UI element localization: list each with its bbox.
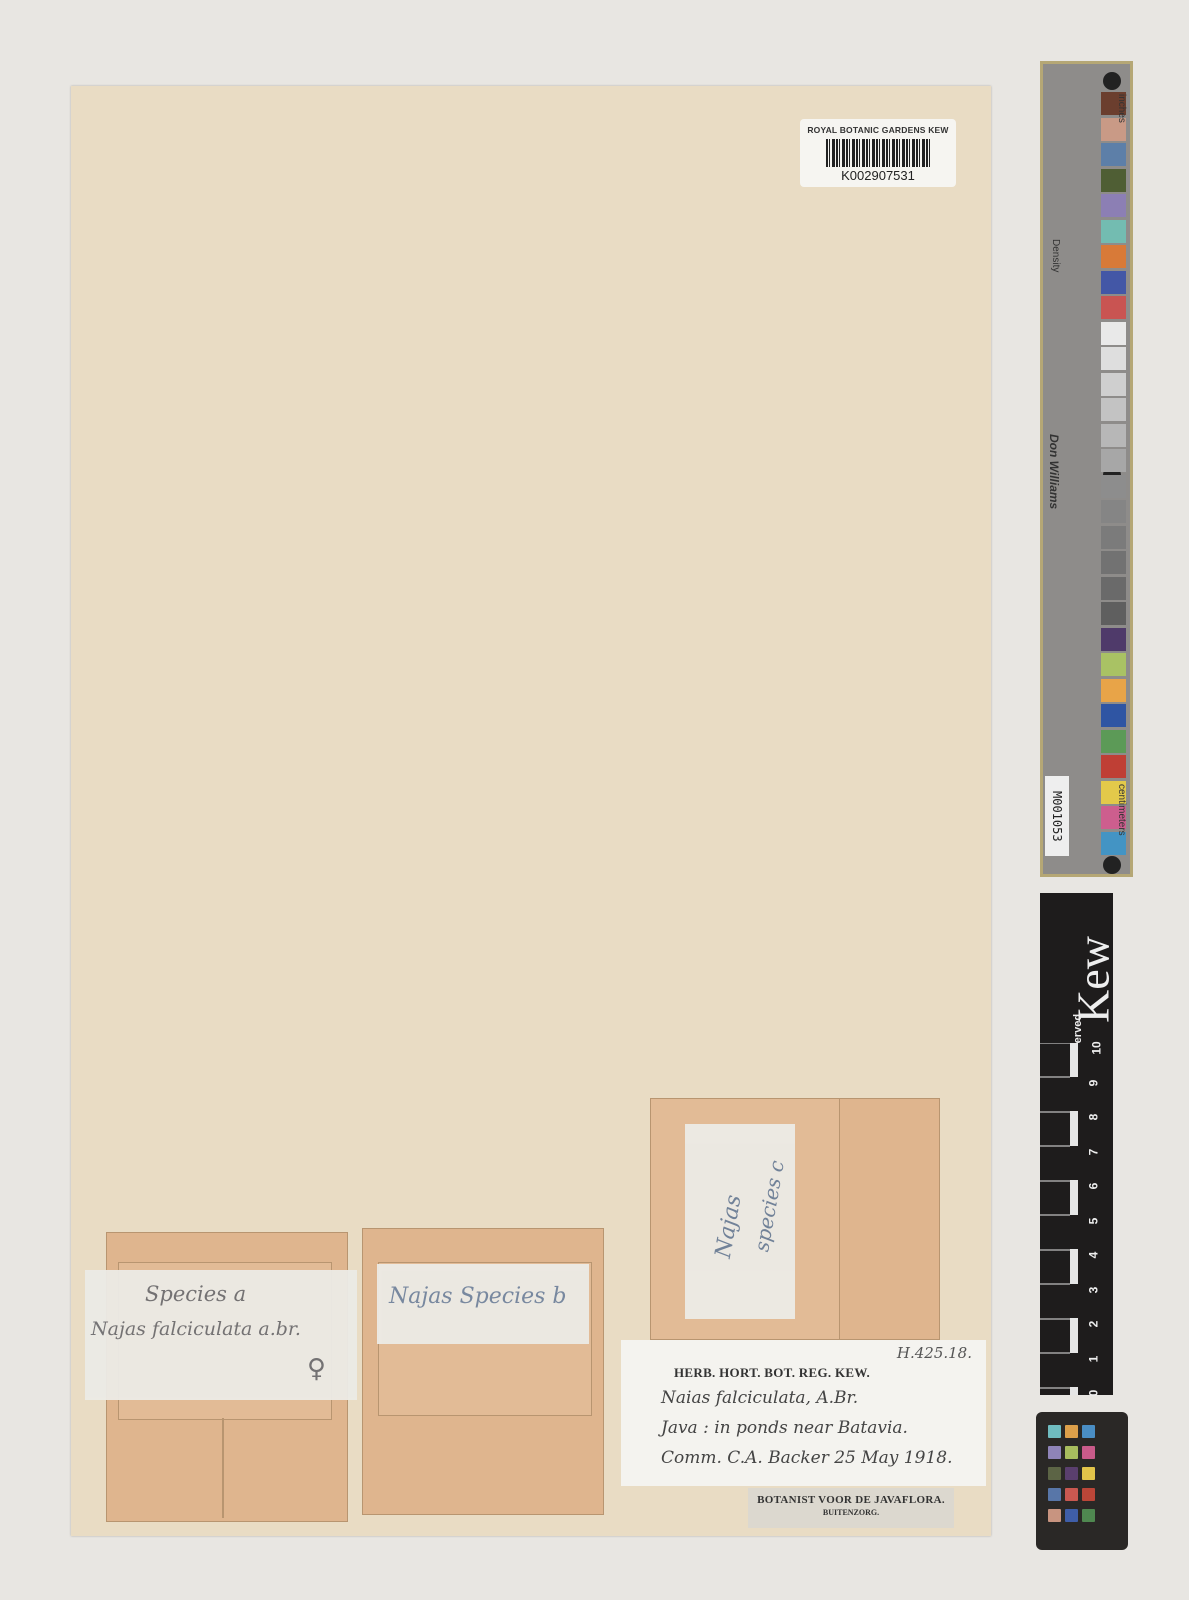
- accession-number: H.425.18.: [897, 1344, 972, 1362]
- barcode-number: K002907531: [800, 168, 956, 183]
- color-patch: [1082, 1488, 1095, 1501]
- cm-tick-label: 5: [1086, 1217, 1100, 1224]
- scale-hole-top: [1103, 72, 1121, 90]
- color-swatch: [1101, 602, 1126, 625]
- packet-a-fold: [222, 1418, 224, 1518]
- packet-b-line-1: Najas Species b: [389, 1284, 567, 1309]
- color-patch: [1065, 1467, 1078, 1480]
- cm-ruler: [1040, 1043, 1086, 1395]
- color-scale: inches Density Don Williams centimeters …: [1040, 61, 1133, 877]
- color-swatch: [1101, 628, 1126, 651]
- color-swatch: [1101, 398, 1126, 421]
- brand-label: Don Williams: [1047, 434, 1061, 509]
- packet-c-slip: Najas species c: [685, 1124, 795, 1319]
- barcode-icon: [826, 139, 930, 167]
- packet-b-slip: Najas Species b: [377, 1264, 589, 1344]
- packet-a-line-1: Species a: [145, 1282, 246, 1306]
- cm-tick-label: 9: [1086, 1079, 1100, 1086]
- color-swatch: [1101, 220, 1126, 243]
- female-symbol: ♀: [307, 1354, 326, 1384]
- color-swatch: [1101, 475, 1126, 498]
- color-swatch: [1101, 755, 1126, 778]
- color-swatch: [1101, 500, 1126, 523]
- color-patch: [1048, 1446, 1061, 1459]
- color-patch: [1082, 1425, 1095, 1438]
- color-swatch: [1101, 245, 1126, 268]
- cm-tick-label: 10: [1090, 1041, 1104, 1054]
- color-patch: [1065, 1446, 1078, 1459]
- color-swatch: [1101, 449, 1126, 472]
- color-swatch: [1101, 322, 1126, 345]
- color-swatch: [1101, 653, 1126, 676]
- cm-tick-label: 8: [1086, 1114, 1100, 1121]
- institution-name: ROYAL BOTANIC GARDENS KEW: [800, 125, 956, 135]
- color-swatch: [1101, 704, 1126, 727]
- kew-logo: Kew: [1067, 935, 1120, 1025]
- cm-tick-label: 0: [1086, 1390, 1100, 1397]
- color-swatch: [1101, 194, 1126, 217]
- stamp-line-1: BOTANIST VOOR DE JAVAFLORA.: [748, 1494, 954, 1506]
- color-swatch: [1101, 271, 1126, 294]
- color-patch: [1048, 1467, 1061, 1480]
- color-patch: [1065, 1488, 1078, 1501]
- color-swatch: [1101, 679, 1126, 702]
- herbarium-header: HERB. HORT. BOT. REG. KEW.: [674, 1365, 870, 1381]
- cm-tick-label: 4: [1086, 1252, 1100, 1259]
- cm-tick-label: 7: [1086, 1148, 1100, 1155]
- color-swatch: [1101, 143, 1126, 166]
- color-patch: [1082, 1467, 1095, 1480]
- color-patch: [1082, 1446, 1095, 1459]
- centimeters-label: centimeters: [1116, 784, 1127, 836]
- inches-label: inches: [1116, 94, 1127, 123]
- cm-tick-label: 1: [1086, 1355, 1100, 1362]
- color-patch: [1065, 1425, 1078, 1438]
- color-swatch: [1101, 296, 1126, 319]
- color-swatch: [1101, 424, 1126, 447]
- density-label: Density: [1050, 239, 1061, 272]
- cm-tick-label: 2: [1086, 1321, 1100, 1328]
- color-patch: [1065, 1509, 1078, 1522]
- kew-scale-bar: Kew copyright reserved 012345678910: [1040, 893, 1113, 1395]
- color-swatch: [1101, 373, 1126, 396]
- collector-date: Comm. C.A. Backer 25 May 1918.: [661, 1448, 952, 1468]
- locality: Java : in ponds near Batavia.: [661, 1418, 908, 1438]
- cm-tick-label: 3: [1086, 1286, 1100, 1293]
- stamp-line-2: BUITENZORG.: [748, 1508, 954, 1517]
- packet-a-line-2: Najas falciculata a.br.: [91, 1318, 301, 1340]
- packet-a-slip: Species a Najas falciculata a.br. ♀: [85, 1270, 357, 1400]
- color-checker-card: [1036, 1412, 1128, 1550]
- color-patch: [1048, 1425, 1061, 1438]
- color-swatch: [1101, 526, 1126, 549]
- collector-stamp: BOTANIST VOOR DE JAVAFLORA. BUITENZORG.: [748, 1488, 954, 1528]
- color-patch: [1082, 1509, 1095, 1522]
- color-swatch: [1101, 551, 1126, 574]
- species-name: Naias falciculata, A.Br.: [661, 1388, 858, 1408]
- barcode-label: ROYAL BOTANIC GARDENS KEW K002907531: [800, 119, 956, 187]
- herbarium-label: H.425.18. HERB. HORT. BOT. REG. KEW. Nai…: [621, 1340, 986, 1486]
- color-patch: [1048, 1488, 1061, 1501]
- scale-code: M001053: [1045, 776, 1069, 856]
- packet-c-line-2: species c: [749, 1159, 789, 1254]
- cm-tick-label: 6: [1086, 1183, 1100, 1190]
- color-swatch: [1101, 347, 1126, 370]
- color-swatch: [1101, 169, 1126, 192]
- color-swatch: [1101, 577, 1126, 600]
- color-patch: [1048, 1509, 1061, 1522]
- scale-hole-bottom: [1103, 856, 1121, 874]
- packet-c-line-1: Najas: [711, 1193, 747, 1260]
- color-swatch: [1101, 730, 1126, 753]
